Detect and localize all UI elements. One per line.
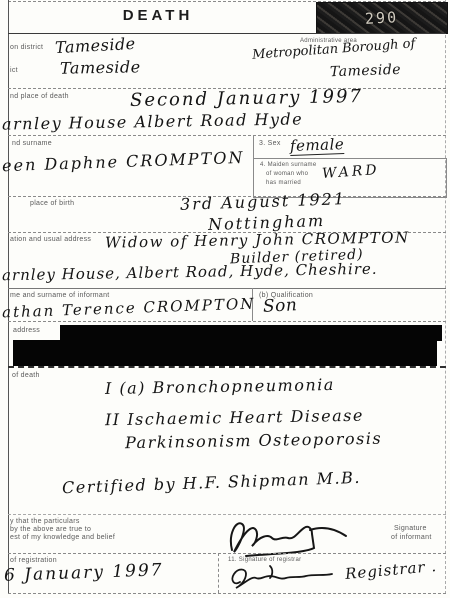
redacted-address-block-bottom xyxy=(13,340,437,366)
informant-address-label: address xyxy=(13,327,40,334)
registration-district-value: Tameside xyxy=(55,34,137,57)
document-title: DEATH xyxy=(8,7,308,24)
signature-of-informant-caption-line2: of informant xyxy=(391,534,432,541)
certify-text-line3: est of my knowledge and belief xyxy=(10,534,115,541)
sub-district-label: ict xyxy=(10,67,18,74)
administrative-area-line2: Tameside xyxy=(330,62,402,80)
date-of-death-value: Second January 1997 xyxy=(130,86,363,111)
cause-line3: Parkinsonism Osteoporosis xyxy=(125,429,382,452)
row-divider-5 xyxy=(8,288,446,289)
header-divider xyxy=(8,33,446,34)
row-divider-7 xyxy=(8,366,446,368)
date-of-registration-label: of registration xyxy=(10,557,57,564)
right-border xyxy=(445,0,446,594)
footer-divider xyxy=(218,553,219,593)
deceased-name-value: een Daphne CROMPTON xyxy=(2,148,245,175)
maiden-label-line2: of woman who xyxy=(266,171,308,177)
maiden-label-line1: 4. Maiden surname xyxy=(260,162,316,168)
row-divider-9 xyxy=(8,553,446,554)
bottom-border xyxy=(8,593,446,594)
stamp-number: 290 xyxy=(365,8,399,28)
sex-value: female xyxy=(290,135,345,156)
qualification-value: Son xyxy=(263,295,298,317)
informant-signature-scrawl xyxy=(222,514,352,558)
usual-address-value: arnley House, Albert Road, Hyde, Cheshir… xyxy=(2,260,378,285)
sub-district-value: Tameside xyxy=(60,57,141,77)
date-place-of-death-label: nd place of death xyxy=(10,93,69,100)
cause-line2: II Ischaemic Heart Disease xyxy=(105,406,364,430)
registrar-word: Registrar . xyxy=(344,557,437,583)
occupation-address-label: ation and usual address xyxy=(10,236,91,243)
death-certificate-scan: DEATH 290 on district Tameside ict Tames… xyxy=(0,0,450,598)
registration-district-label: on district xyxy=(10,44,43,51)
row-divider-6 xyxy=(8,321,446,322)
name-surname-label: nd surname xyxy=(12,140,52,147)
informant-name-label: me and surname of informant xyxy=(10,292,110,299)
place-of-birth-label: place of birth xyxy=(30,200,74,207)
place-of-death-value: arnley House Albert Road Hyde xyxy=(2,109,303,133)
registrar-signature-scrawl xyxy=(226,560,338,592)
signature-of-informant-caption-line1: Signature xyxy=(394,525,427,532)
date-of-registration-value: 6 January 1997 xyxy=(4,560,164,586)
redacted-address-block-top xyxy=(60,325,442,341)
maiden-label-line3: has married xyxy=(266,180,301,186)
left-border xyxy=(8,0,9,594)
certify-text-line1: y that the particulars xyxy=(10,518,80,525)
document-number-stamp: 290 xyxy=(316,2,448,34)
cause-line1: I (a) Bronchopneumonia xyxy=(105,375,335,398)
cause-of-death-label: of death xyxy=(12,372,40,379)
sex-label: 3. Sex xyxy=(259,140,281,147)
certified-by-line: Certified by H.F. Shipman M.B. xyxy=(62,468,361,497)
certify-text-line2: by the above are true to xyxy=(10,526,91,533)
row-divider-2 xyxy=(8,135,446,136)
